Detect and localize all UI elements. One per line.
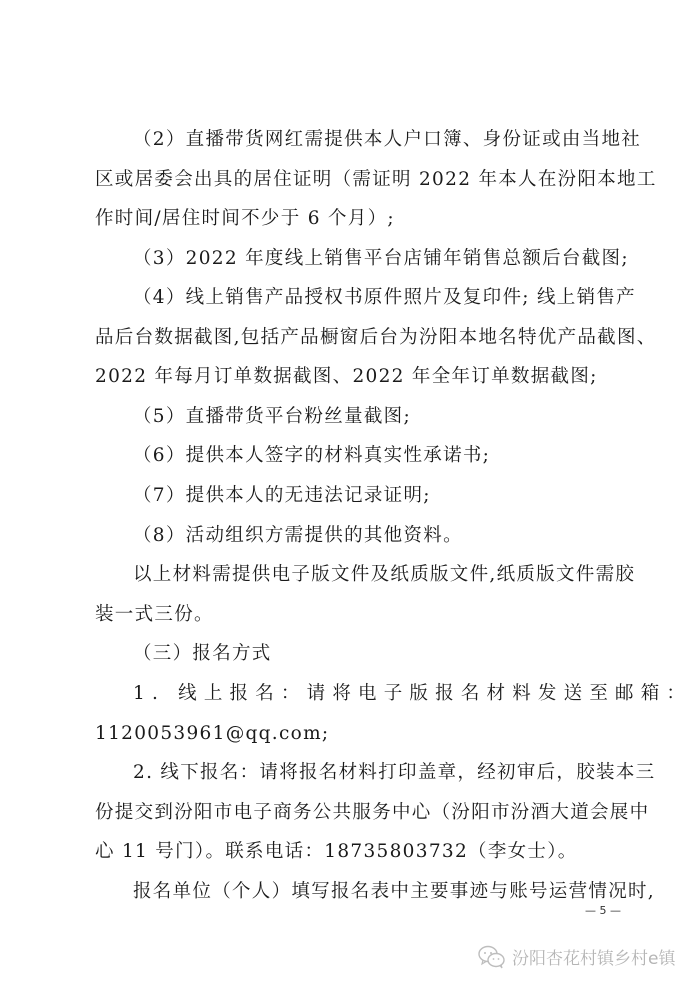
text-line: 以上材料需提供电子版文件及纸质版文件,纸质版文件需胶 xyxy=(133,563,653,587)
text-line: 1. 线上报名：请将电子版报名材料发送至邮箱： xyxy=(133,682,653,706)
page-number: — 5 — xyxy=(585,904,621,917)
text-line: （6）提供本人签字的材料真实性承诺书; xyxy=(133,444,653,468)
text-line: 2. 线下报名：请将报名材料打印盖章，经初审后，胶装本三 xyxy=(133,761,653,785)
text-line: 报名单位（个人）填写报名表中主要事迹与账号运营情况时, xyxy=(133,880,653,904)
text-line: 作时间/居住时间不少于 6 个月）; xyxy=(95,207,615,231)
text-line: （3）2022 年度线上销售平台店铺年销售总额后台截图; xyxy=(133,247,653,271)
text-line: （5）直播带货平台粉丝量截图; xyxy=(133,405,653,429)
text-line: （8）活动组织方需提供的其他资料。 xyxy=(133,524,653,548)
text-line: （4）线上销售产品授权书原件照片及复印件; 线上销售产 xyxy=(133,286,653,310)
text-line: 份提交到汾阳市电子商务公共服务中心（汾阳市汾酒大道会展中 xyxy=(95,801,615,825)
document-page: （2）直播带货网红需提供本人户口簿、身份证或由当地社 区或居委会出具的居住证明（… xyxy=(0,0,700,989)
text-line: 区或居委会出具的居住证明（需证明 2022 年本人在汾阳本地工 xyxy=(95,168,615,192)
watermark: 汾阳杏花村镇乡村e镇 xyxy=(478,944,675,969)
text-line: （7）提供本人的无违法记录证明; xyxy=(133,484,653,508)
contact-line: 心 11 号门）。联系电话：18735803732（李女士）。 xyxy=(95,840,615,864)
email-address: 1120053961@qq.com; xyxy=(95,722,615,746)
text-line: 2022 年每月订单数据截图、2022 年全年订单数据截图; xyxy=(95,365,615,389)
text-line: （2）直播带货网红需提供本人户口簿、身份证或由当地社 xyxy=(133,128,653,152)
text-line: 装一式三份。 xyxy=(95,603,615,627)
wechat-icon xyxy=(478,945,506,969)
section-heading: （三）报名方式 xyxy=(133,642,653,666)
watermark-text: 汾阳杏花村镇乡村e镇 xyxy=(512,944,675,969)
text-line: 品后台数据截图,包括产品橱窗后台为汾阳本地名特优产品截图、 xyxy=(95,326,615,350)
